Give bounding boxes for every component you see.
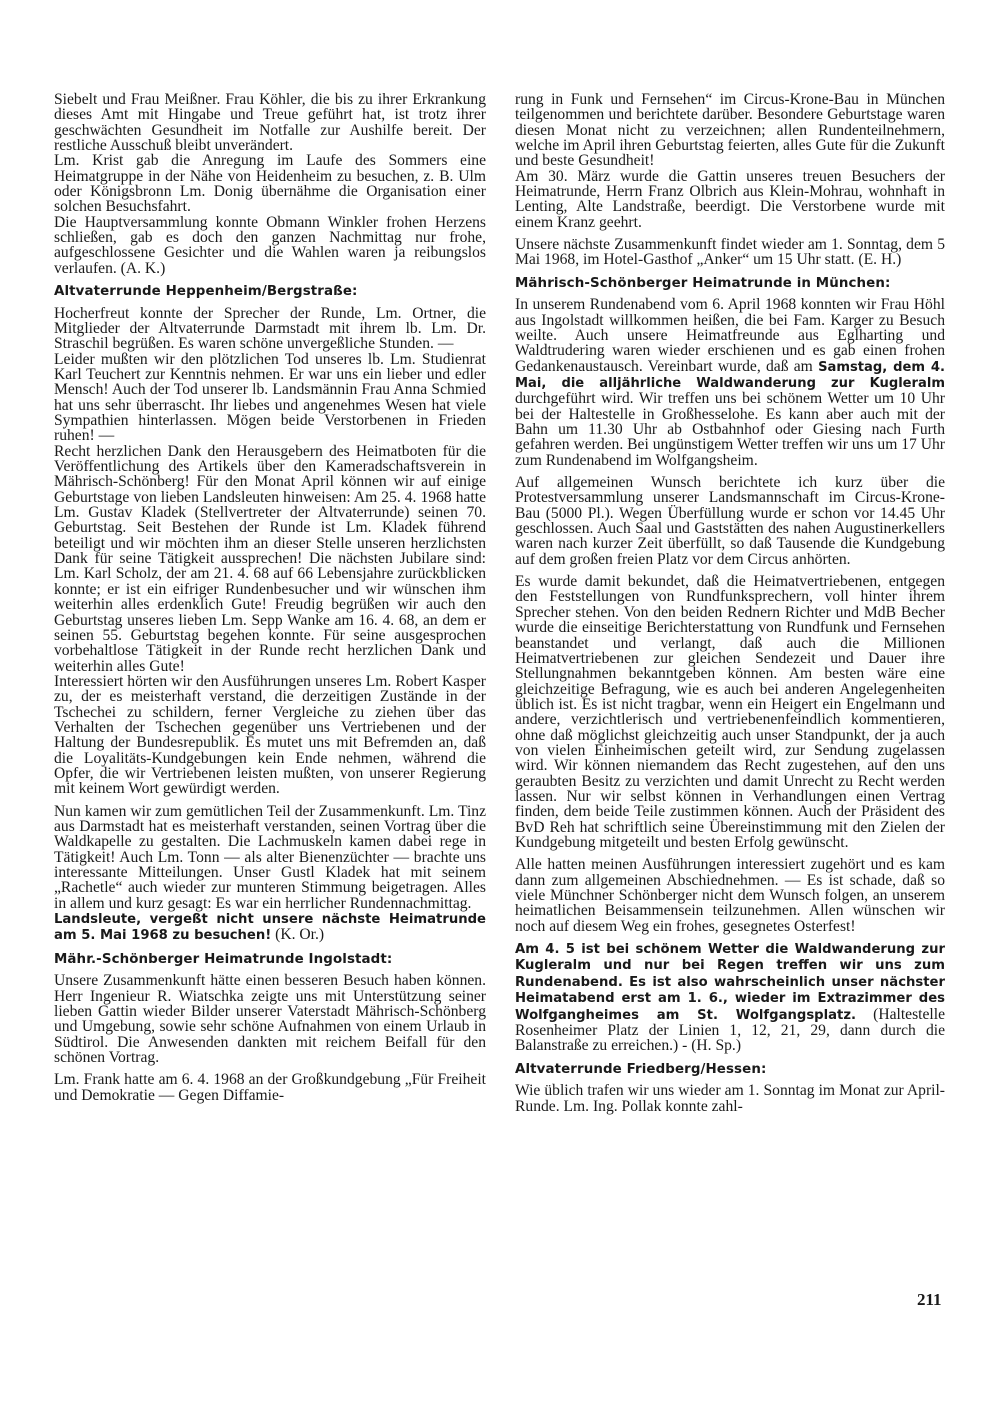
right-column: rung in Funk und Fernsehen“ im Circus-Kr… [515,92,945,1114]
text-span: durchgeführt wird. Wir treffen uns bei s… [515,390,945,468]
paragraph: Es wurde damit bekundet, daß die Heimatv… [515,574,945,850]
paragraph: Unsere nächste Zusammenkunft findet wied… [515,237,945,268]
page-number: 211 [917,1290,942,1310]
paragraph: Lm. Frank hatte am 6. 4. 1968 an der Gro… [54,1072,486,1103]
section-heading-heppenheim: Altvaterrunde Heppenheim/Bergstraße: [54,284,486,300]
paragraph: Unsere Zusammenkunft hätte einen bessere… [54,973,486,1065]
paragraph: Lm. Krist gab die Anregung im Laufe des … [54,153,486,214]
paragraph: Wie üblich trafen wir uns wieder am 1. S… [515,1083,945,1114]
announcement-bold-text: Landsleute, vergeßt nicht unsere nächste… [54,912,486,943]
paragraph: Alle hatten meinen Ausführungen interess… [515,857,945,934]
paragraph: Leider mußten wir den plötzlichen Tod un… [54,352,486,444]
section-heading-friedberg: Altvaterrunde Friedberg/Hessen: [515,1062,945,1078]
section-heading-muenchen: Mährisch-Schönberger Heimatrunde in Münc… [515,276,945,292]
announcement-paragraph: Landsleute, vergeßt nicht unsere nächste… [54,911,486,944]
paragraph: Auf allgemeinen Wunsch berichtete ich ku… [515,475,945,567]
document-page: Siebelt und Frau Meißner. Frau Köhler, d… [0,0,1000,1413]
paragraph: Recht herzlichen Dank den Herausgebern d… [54,444,486,674]
announcement-paragraph: Am 4. 5 ist bei schönem Wetter die Waldw… [515,941,945,1054]
paragraph: Hocherfreut konnte der Sprecher der Rund… [54,306,486,352]
paragraph: Die Hauptversammlung konnte Obmann Winkl… [54,215,486,276]
paragraph: Nun kamen wir zum gemütlichen Teil der Z… [54,804,486,911]
paragraph: rung in Funk und Fernsehen“ im Circus-Kr… [515,92,945,169]
paragraph: Siebelt und Frau Meißner. Frau Köhler, d… [54,92,486,153]
paragraph-with-bold: In unserem Rundenabend vom 6. April 1968… [515,297,945,468]
author-initials: (K. Or.) [271,926,324,943]
paragraph: Interessiert hörten wir den Ausführungen… [54,674,486,797]
paragraph: Am 30. März wurde die Gattin unseres tre… [515,169,945,230]
section-heading-ingolstadt: Mähr.-Schönberger Heimatrunde Ingolstadt… [54,952,486,968]
left-column: Siebelt und Frau Meißner. Frau Köhler, d… [54,92,486,1103]
